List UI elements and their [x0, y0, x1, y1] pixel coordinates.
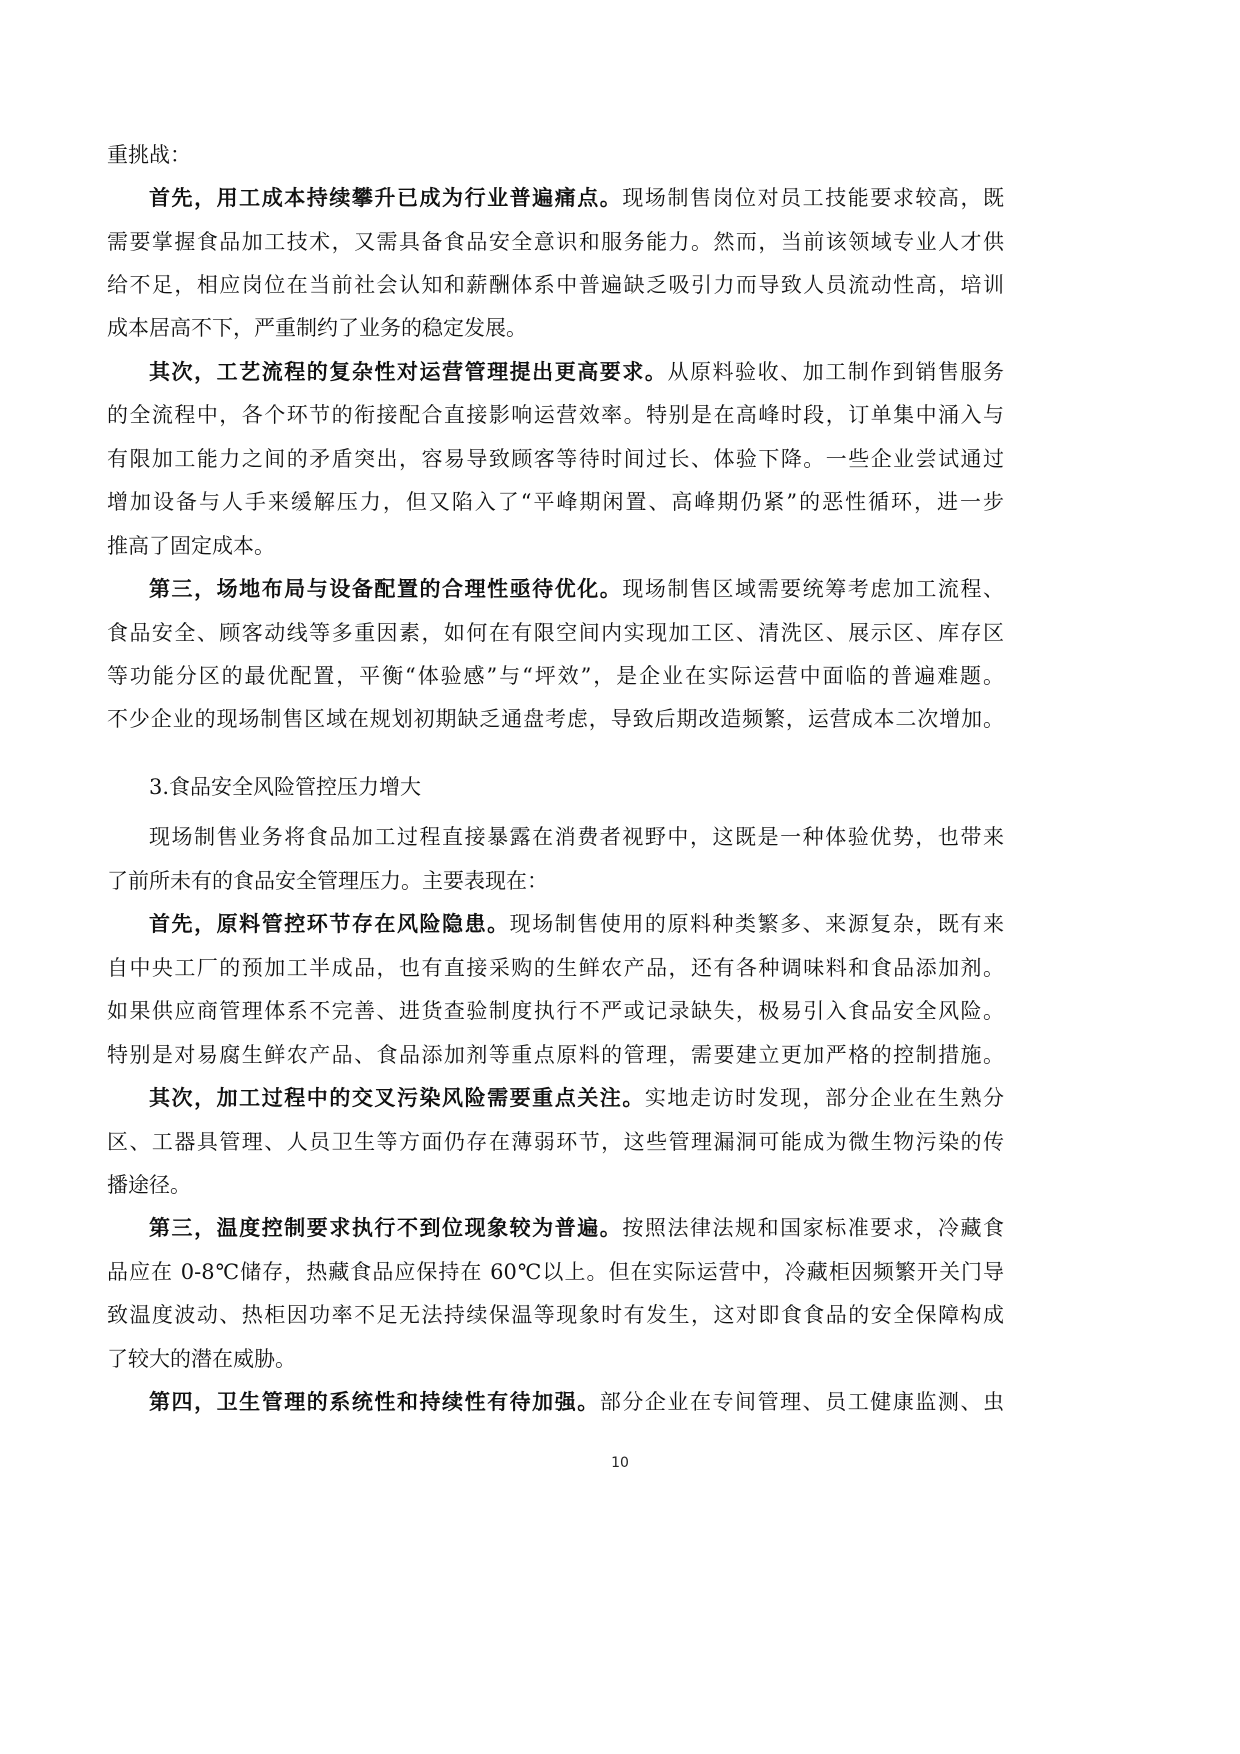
paragraph-lead-line: 第三，温度控制要求执行不到位现象较为普遍。按照法律法规和国家标准要求，冷藏食 [149, 1213, 1004, 1243]
body-text: 增加设备与人手来缓解压力，但又陷入了“平峰期闲置、高峰期仍紧”的恶性循环，进一步 [107, 490, 1004, 514]
paragraph-line: 品应在 0-8℃储存，热藏食品应保持在 60℃以上。但在实际运营中，冷藏柜因频繁… [107, 1257, 1004, 1287]
paragraph-lead-line: 其次，加工过程中的交叉污染风险需要重点关注。实地走访时发现，部分企业在生熟分 [149, 1083, 1004, 1113]
bold-lead-sentence: 其次，加工过程中的交叉污染风险需要重点关注。 [149, 1085, 645, 1110]
paragraph-line: 区、工器具管理、人员卫生等方面仍存在薄弱环节，这些管理漏洞可能成为微生物污染的传 [107, 1127, 1004, 1157]
paragraph-lead-line: 首先，用工成本持续攀升已成为行业普遍痛点。现场制售岗位对员工技能要求较高，既 [149, 183, 1004, 213]
body-text: 现场制售区域需要统筹考虑加工流程、 [622, 577, 1004, 601]
bold-lead-sentence: 其次，工艺流程的复杂性对运营管理提出更高要求。 [149, 359, 667, 384]
body-text: 实地走访时发现，部分企业在生熟分 [645, 1086, 1004, 1110]
bold-lead-sentence: 第四，卫生管理的系统性和持续性有待加强。 [149, 1389, 600, 1414]
body-text: 食品安全、顾客动线等多重因素，如何在有限空间内实现加工区、清洗区、展示区、库存区 [107, 621, 1004, 645]
body-text: 推高了固定成本。 [107, 534, 275, 558]
paragraph-line: 了较大的潜在威胁。 [107, 1344, 1004, 1374]
page-number: 10 [0, 1455, 1240, 1471]
body-text: 特别是对易腐生鲜农产品、食品添加剂等重点原料的管理，需要建立更加严格的控制措施。 [107, 1043, 1004, 1067]
paragraph-line: 食品安全、顾客动线等多重因素，如何在有限空间内实现加工区、清洗区、展示区、库存区 [107, 618, 1004, 648]
paragraph-lead-line: 第三，场地布局与设备配置的合理性亟待优化。现场制售区域需要统筹考虑加工流程、 [149, 574, 1004, 604]
paragraph-line: 特别是对易腐生鲜农产品、食品添加剂等重点原料的管理，需要建立更加严格的控制措施。 [107, 1040, 1004, 1070]
body-text: 自中央工厂的预加工半成品，也有直接采购的生鲜农产品，还有各种调味料和食品添加剂。 [107, 956, 1004, 980]
paragraph-lead-line: 第四，卫生管理的系统性和持续性有待加强。部分企业在专间管理、员工健康监测、虫 [149, 1387, 1004, 1417]
paragraph-line: 如果供应商管理体系不完善、进货查验制度执行不严或记录缺失，极易引入食品安全风险。 [107, 996, 1004, 1026]
paragraph-lead-line: 其次，工艺流程的复杂性对运营管理提出更高要求。从原料验收、加工制作到销售服务 [149, 357, 1004, 387]
body-text: 现场制售岗位对员工技能要求较高，既 [622, 186, 1004, 210]
document-page: 重挑战：首先，用工成本持续攀升已成为行业普遍痛点。现场制售岗位对员工技能要求较高… [0, 0, 1240, 1754]
body-text: 了较大的潜在威胁。 [107, 1347, 296, 1371]
paragraph-line: 成本居高不下，严重制约了业务的稳定发展。 [107, 313, 1004, 343]
body-text: 从原料验收、加工制作到销售服务 [667, 360, 1004, 384]
body-text: 现场制售使用的原料种类繁多、来源复杂，既有来 [510, 912, 1004, 936]
body-text: 不少企业的现场制售区域在规划初期缺乏通盘考虑，导致后期改造频繁，运营成本二次增加… [107, 707, 1004, 731]
paragraph-line: 不少企业的现场制售区域在规划初期缺乏通盘考虑，导致后期改造频繁，运营成本二次增加… [107, 704, 1004, 734]
body-text: 需要掌握食品加工技术，又需具备食品安全意识和服务能力。然而，当前该领域专业人才供 [107, 230, 1004, 254]
paragraph-line: 了前所未有的食品安全管理压力。主要表现在： [107, 866, 1004, 896]
section-heading: 3.食品安全风险管控压力增大 [149, 772, 421, 802]
paragraph-lead-line: 首先，原料管控环节存在风险隐患。现场制售使用的原料种类繁多、来源复杂，既有来 [149, 909, 1004, 939]
body-text: 致温度波动、热柜因功率不足无法持续保温等现象时有发生，这对即食食品的安全保障构成 [107, 1303, 1004, 1327]
body-text: 了前所未有的食品安全管理压力。主要表现在： [107, 869, 548, 893]
bold-lead-sentence: 第三，温度控制要求执行不到位现象较为普遍。 [149, 1215, 622, 1240]
body-text: 给不足，相应岗位在当前社会认知和薪酬体系中普遍缺乏吸引力而导致人员流动性高，培训 [107, 273, 1004, 297]
bold-lead-sentence: 第三，场地布局与设备配置的合理性亟待优化。 [149, 576, 622, 601]
body-text: 品应在 0-8℃储存，热藏食品应保持在 60℃以上。但在实际运营中，冷藏柜因频繁… [107, 1260, 1004, 1284]
body-text: 重挑战： [107, 143, 191, 167]
body-text: 区、工器具管理、人员卫生等方面仍存在薄弱环节，这些管理漏洞可能成为微生物污染的传 [107, 1130, 1004, 1154]
bold-lead-sentence: 首先，用工成本持续攀升已成为行业普遍痛点。 [149, 185, 622, 210]
paragraph-line: 现场制售业务将食品加工过程直接暴露在消费者视野中，这既是一种体验优势，也带来 [149, 822, 1004, 852]
body-text: 成本居高不下，严重制约了业务的稳定发展。 [107, 316, 527, 340]
paragraph-line: 推高了固定成本。 [107, 531, 1004, 561]
body-text: 的全流程中，各个环节的衔接配合直接影响运营效率。特别是在高峰时段，订单集中涌入与 [107, 403, 1004, 427]
body-text: 按照法律法规和国家标准要求，冷藏食 [622, 1216, 1004, 1240]
paragraph-line: 等功能分区的最优配置，平衡“体验感”与“坪效”，是企业在实际运营中面临的普遍难题… [107, 661, 1004, 691]
paragraph-line: 增加设备与人手来缓解压力，但又陷入了“平峰期闲置、高峰期仍紧”的恶性循环，进一步 [107, 487, 1004, 517]
body-text: 如果供应商管理体系不完善、进货查验制度执行不严或记录缺失，极易引入食品安全风险。 [107, 999, 1004, 1023]
paragraph-line: 给不足，相应岗位在当前社会认知和薪酬体系中普遍缺乏吸引力而导致人员流动性高，培训 [107, 270, 1004, 300]
paragraph-line: 重挑战： [107, 140, 1004, 170]
body-text: 现场制售业务将食品加工过程直接暴露在消费者视野中，这既是一种体验优势，也带来 [149, 825, 1004, 849]
body-text: 部分企业在专间管理、员工健康监测、虫 [600, 1390, 1004, 1414]
body-text: 播途径。 [107, 1173, 191, 1197]
paragraph-line: 自中央工厂的预加工半成品，也有直接采购的生鲜农产品，还有各种调味料和食品添加剂。 [107, 953, 1004, 983]
body-text: 有限加工能力之间的矛盾突出，容易导致顾客等待时间过长、体验下降。一些企业尝试通过 [107, 447, 1004, 471]
paragraph-line: 的全流程中，各个环节的衔接配合直接影响运营效率。特别是在高峰时段，订单集中涌入与 [107, 400, 1004, 430]
paragraph-line: 有限加工能力之间的矛盾突出，容易导致顾客等待时间过长、体验下降。一些企业尝试通过 [107, 444, 1004, 474]
paragraph-line: 播途径。 [107, 1170, 1004, 1200]
paragraph-line: 需要掌握食品加工技术，又需具备食品安全意识和服务能力。然而，当前该领域专业人才供 [107, 227, 1004, 257]
paragraph-line: 致温度波动、热柜因功率不足无法持续保温等现象时有发生，这对即食食品的安全保障构成 [107, 1300, 1004, 1330]
bold-lead-sentence: 首先，原料管控环节存在风险隐患。 [149, 911, 510, 936]
body-text: 等功能分区的最优配置，平衡“体验感”与“坪效”，是企业在实际运营中面临的普遍难题… [107, 664, 1004, 688]
